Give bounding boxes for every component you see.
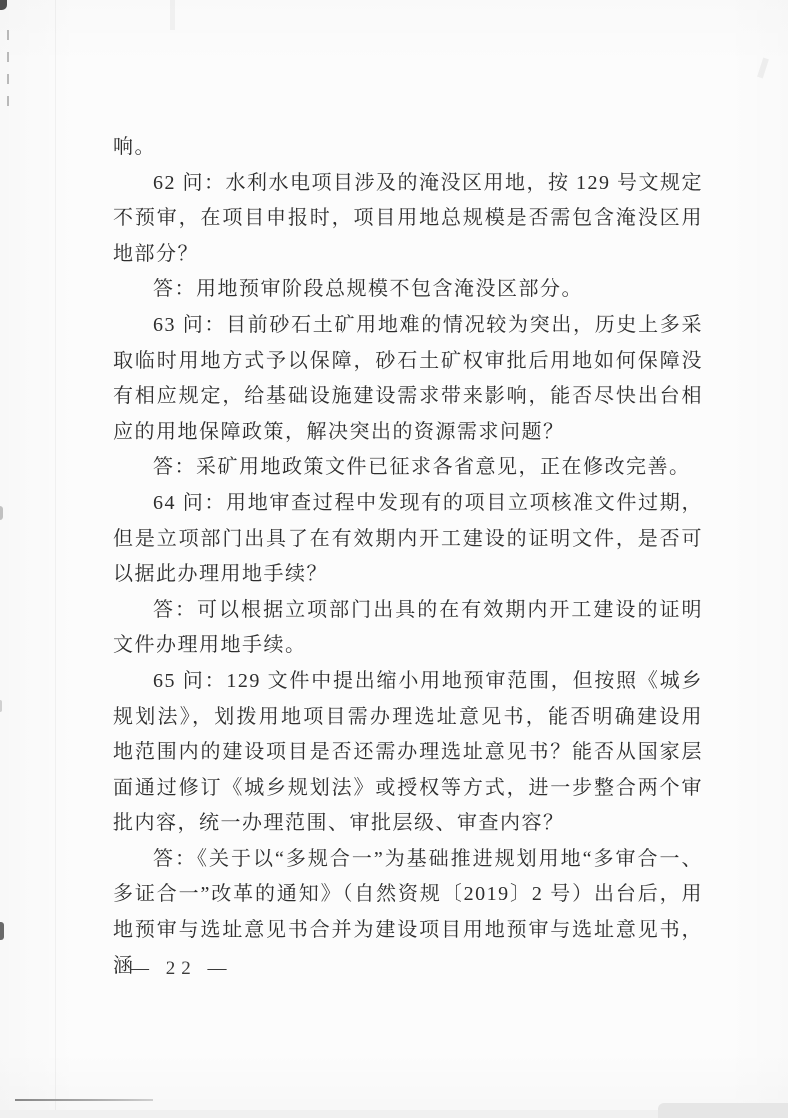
scan-shade-bottom-strip [0,1110,788,1118]
answer-62: 答：用地预审阶段总规模不包含淹没区部分。 [113,272,703,308]
scan-mark-right-edge [757,58,769,79]
scan-shade-bottom-right [658,1103,788,1118]
question-65: 65 问：129 文件中提出缩小用地预审范围，但按照《城乡规划法》，划拨用地项目… [113,664,703,842]
question-62: 62 问：水利水电项目涉及的淹没区用地，按 129 号文规定不预审，在项目申报时… [113,166,703,273]
scan-line-bottom-left [15,1099,153,1101]
continuation-text: 响。 [113,130,703,166]
answer-64: 答：可以根据立项部门出具的在有效期内开工建设的证明文件办理用地手续。 [113,593,703,664]
scan-dashes-left-edge [7,30,9,110]
scan-mark-left-edge-1 [0,506,3,520]
scan-mark-top-left-corner [0,0,7,10]
answer-63: 答：采矿用地政策文件已征求各省意见，正在修改完善。 [113,450,703,486]
scan-fold-line [55,0,56,1118]
scan-streak-top [170,0,175,30]
question-63: 63 问：目前砂石土矿用地难的情况较为突出，历史上多采取临时用地方式予以保障，砂… [113,308,703,450]
scanned-document-page: 响。 62 问：水利水电项目涉及的淹没区用地，按 129 号文规定不预审，在项目… [0,0,788,1118]
document-body: 响。 62 问：水利水电项目涉及的淹没区用地，按 129 号文规定不预审，在项目… [113,130,703,984]
scan-mark-left-edge-2 [0,700,2,712]
page-number: — 22 — [130,958,233,980]
question-64: 64 问：用地审查过程中发现有的项目立项核准文件过期，但是立项部门出具了在有效期… [113,486,703,593]
scan-mark-left-edge-3 [0,922,4,940]
